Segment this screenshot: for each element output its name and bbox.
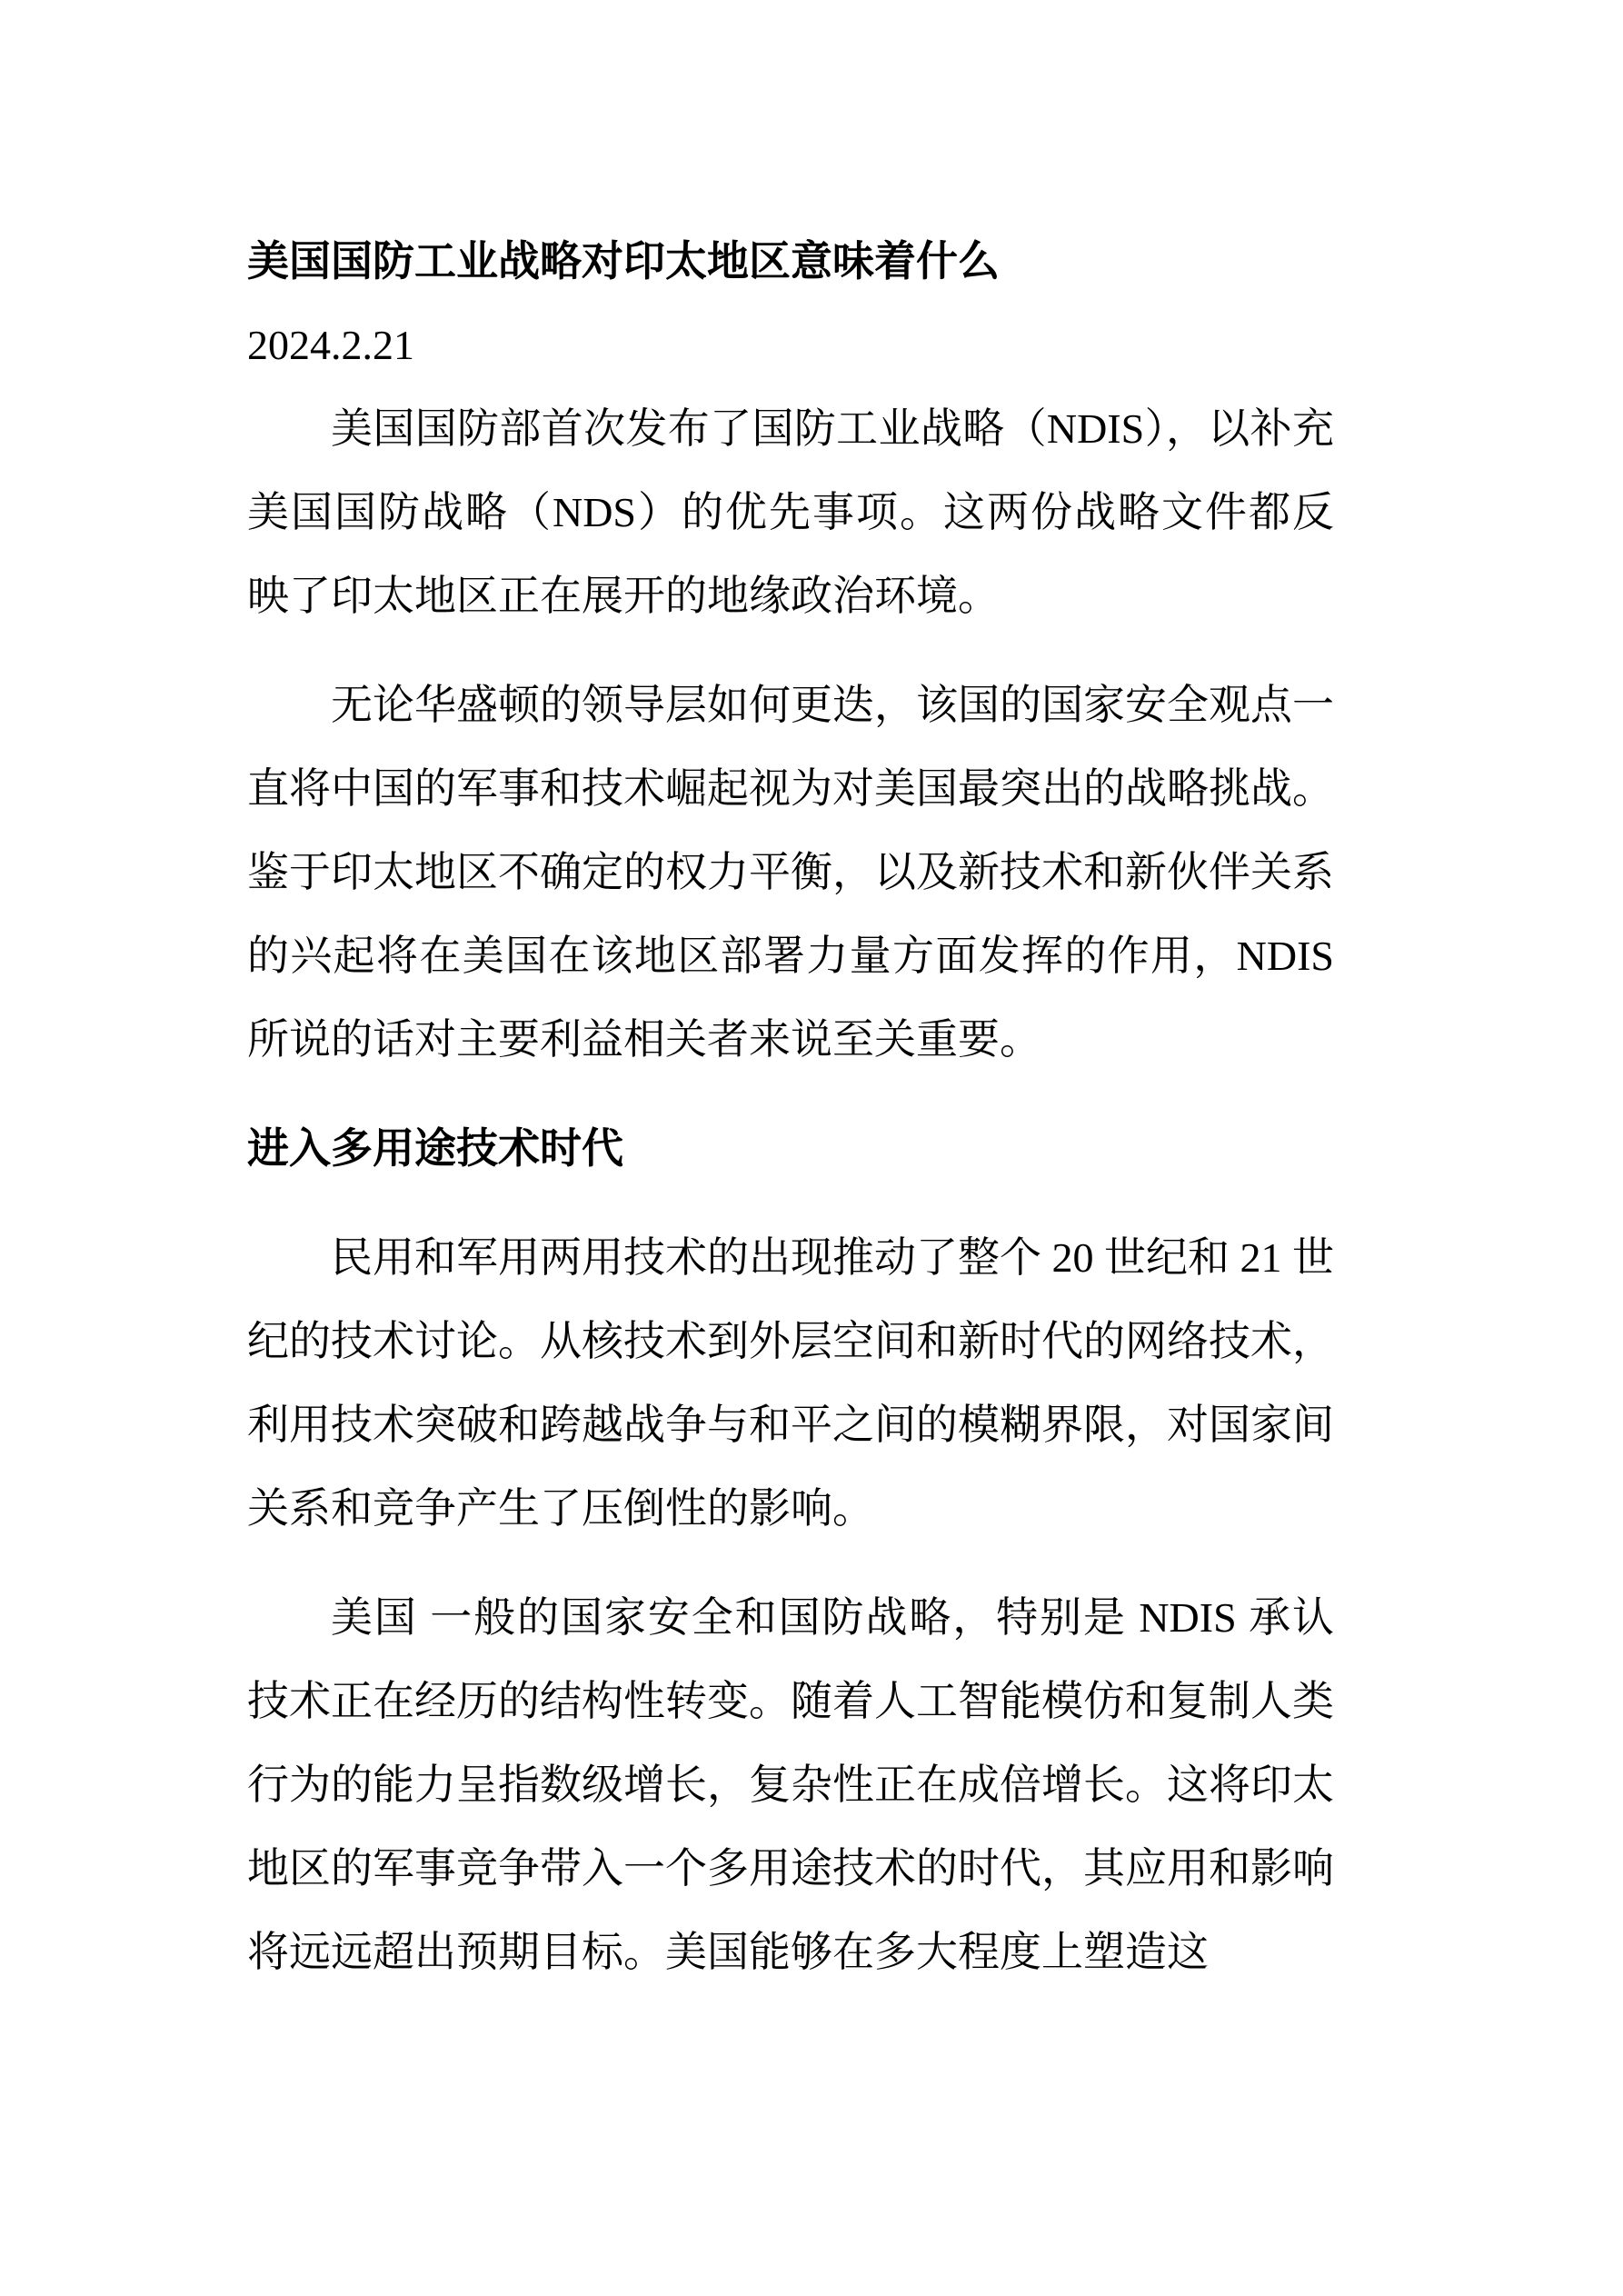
paragraph: 无论华盛顿的领导层如何更迭，该国的国家安全观点一直将中国的军事和技术崛起视为对美… [247, 664, 1334, 1082]
paragraph: 美国国防部首次发布了国防工业战略（NDIS），以补充美国国防战略（NDS）的优先… [247, 387, 1334, 638]
section-heading: 进入多用途技术时代 [247, 1107, 1334, 1191]
document-date: 2024.2.21 [247, 304, 1334, 387]
document-page: 美国国防工业战略对印太地区意味着什么 2024.2.21 美国国防部首次发布了国… [0, 0, 1623, 2296]
document-title: 美国国防工业战略对印太地区意味着什么 [247, 220, 1334, 304]
paragraph: 民用和军用两用技术的出现推动了整个 20 世纪和 21 世纪的技术讨论。从核技术… [247, 1216, 1334, 1551]
paragraph: 美国 一般的国家安全和国防战略，特别是 NDIS 承认技术正在经历的结构性转变。… [247, 1576, 1334, 1994]
